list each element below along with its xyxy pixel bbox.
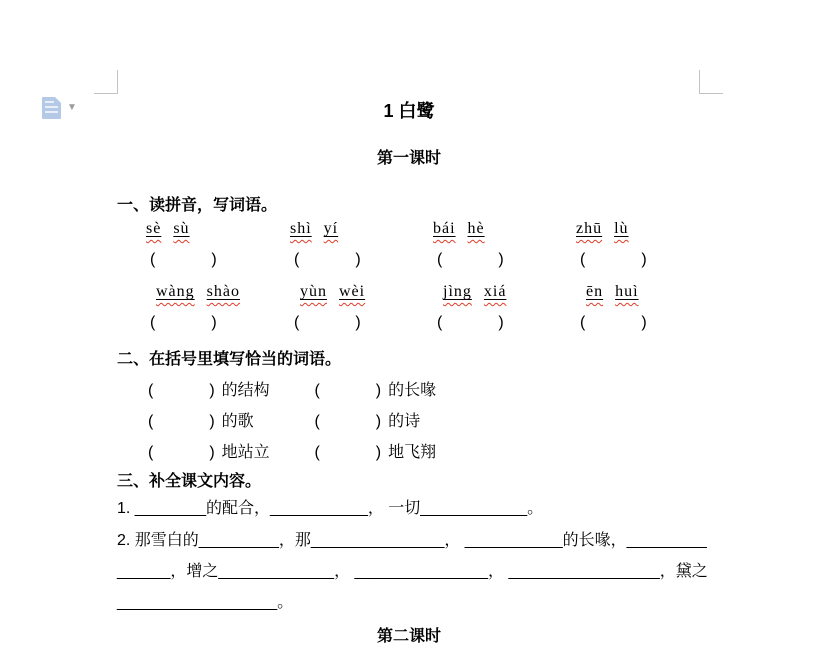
paren-close: ) <box>641 314 646 331</box>
passage-line: ______，增之_____________， _______________，… <box>117 561 717 582</box>
session-2-heading: 第二课时 <box>118 623 700 646</box>
pinyin-syllable-text: huì <box>615 283 638 300</box>
passage-line: 1. ________的配合，___________， 一切__________… <box>117 498 717 519</box>
pinyin-syllable-text: wèi <box>339 283 365 300</box>
paren-open: ( <box>314 382 319 399</box>
paren-close: ) <box>498 251 503 268</box>
pinyin-syllable: zhū <box>576 220 602 238</box>
pinyin-syllable-text: hè <box>468 220 485 237</box>
pinyin-syllable: lù <box>614 220 628 238</box>
pinyin-word: ēnhuì <box>576 283 651 301</box>
pinyin-word: yùnwèi <box>290 283 377 301</box>
pinyin-word: sèsù <box>146 220 202 238</box>
paste-options-icon <box>42 97 61 119</box>
fill-word-label: 的歌 <box>222 413 254 430</box>
pinyin-syllable-text: sù <box>173 220 189 237</box>
paren-open: ( <box>294 251 299 268</box>
section-1-heading: 一、读拼音，写词语。 <box>117 192 822 215</box>
answer-blank-parens: () <box>146 251 217 268</box>
pinyin-syllable: yùn <box>300 283 327 301</box>
fill-word-label: 地飞翔 <box>388 444 436 461</box>
section-2-heading: 二、在括号里填写恰当的词语。 <box>117 346 822 369</box>
pinyin-syllable-text: yùn <box>300 283 327 300</box>
paren-open: ( <box>580 251 585 268</box>
fill-word-item: ()的长喙 <box>314 377 476 400</box>
pinyin-syllable: sè <box>146 220 161 238</box>
fill-word-row: ()的结构 ()的长喙 <box>148 377 822 400</box>
fill-word-item: ()的诗 <box>314 408 476 431</box>
paren-close: ) <box>641 251 646 268</box>
document-title: 1 白鹭 <box>118 97 700 123</box>
paren-open: ( <box>294 314 299 331</box>
pinyin-syllable-text: sè <box>146 220 161 237</box>
pinyin-syllable-text: bái <box>433 220 456 237</box>
answer-blank-parens: () <box>290 314 361 331</box>
fill-word-item: ()的歌 <box>148 408 310 431</box>
pinyin-word: zhūlù <box>576 220 641 238</box>
paste-options-button[interactable]: ▼ <box>42 97 77 119</box>
pinyin-word: wàngshào <box>146 283 252 301</box>
pinyin-syllable: shì <box>290 220 312 238</box>
section-3-heading: 三、补全课文内容。 <box>117 468 822 491</box>
fill-word-label: 地站立 <box>222 444 270 461</box>
pinyin-syllable: ēn <box>586 283 603 301</box>
fill-word-item: ()地飞翔 <box>314 439 476 462</box>
pinyin-word: báihè <box>433 220 497 238</box>
doc-line-decoration <box>45 111 58 113</box>
paren-close: ) <box>376 382 381 399</box>
pinyin-syllable: huì <box>615 283 638 301</box>
paren-open: ( <box>148 382 153 399</box>
paren-close: ) <box>376 444 381 461</box>
pinyin-word: shìyí <box>290 220 350 238</box>
pinyin-syllable: wèi <box>339 283 365 301</box>
answer-blank-parens: () <box>148 382 215 399</box>
paren-close: ) <box>376 413 381 430</box>
pinyin-syllable: wàng <box>156 283 195 301</box>
fill-word-item: ()地站立 <box>148 439 310 462</box>
pinyin-syllable: jìng <box>443 283 472 301</box>
pinyin-syllable-text: ēn <box>586 283 603 300</box>
fill-word-item: ()的结构 <box>148 377 310 400</box>
paren-open: ( <box>580 314 585 331</box>
answer-blank-parens: () <box>433 314 504 331</box>
paren-close: ) <box>211 314 216 331</box>
pinyin-syllable: hè <box>468 220 485 238</box>
fill-word-row: ()地站立 ()地飞翔 <box>148 439 822 462</box>
pinyin-syllable: bái <box>433 220 456 238</box>
paren-close: ) <box>209 382 214 399</box>
document-page[interactable]: ▼ 1 白鹭 第一课时 一、读拼音，写词语。 sèsù shìyí báihè … <box>0 0 822 658</box>
doc-line-decoration <box>45 106 58 108</box>
answer-blank-parens: () <box>314 382 381 399</box>
fill-word-label: 的结构 <box>222 382 270 399</box>
pinyin-syllable-text: shào <box>207 283 240 300</box>
answer-blank-parens: () <box>148 444 215 461</box>
paren-open: ( <box>150 251 155 268</box>
answer-blank-parens: () <box>314 444 381 461</box>
paren-open: ( <box>150 314 155 331</box>
answer-blank-parens: () <box>314 413 381 430</box>
answer-blank-parens: () <box>576 314 647 331</box>
pinyin-syllable-text: jìng <box>443 283 472 300</box>
text-boundary-mark-top-left <box>94 70 118 94</box>
pinyin-word: jìngxiá <box>433 283 518 301</box>
text-boundary-mark-top-right <box>699 70 723 94</box>
answer-blank-parens: () <box>148 413 215 430</box>
pinyin-syllable-text: shì <box>290 220 312 237</box>
fill-word-row: ()的歌 ()的诗 <box>148 408 822 431</box>
pinyin-syllable-text: zhū <box>576 220 602 237</box>
paren-close: ) <box>355 314 360 331</box>
fill-word-label: 的诗 <box>388 413 420 430</box>
pinyin-syllable: yí <box>324 220 338 238</box>
pinyin-syllable: sù <box>173 220 189 238</box>
doc-line-decoration <box>45 101 54 103</box>
pinyin-syllable-text: lù <box>614 220 628 237</box>
paren-open: ( <box>437 251 442 268</box>
pinyin-syllable-text: yí <box>324 220 338 237</box>
pinyin-syllable-text: xiá <box>484 283 507 300</box>
answer-blank-parens: () <box>290 251 361 268</box>
paren-open: ( <box>437 314 442 331</box>
answer-blank-parens: () <box>146 314 217 331</box>
answer-blank-parens: () <box>433 251 504 268</box>
paren-close: ) <box>209 413 214 430</box>
pinyin-syllable: shào <box>207 283 240 301</box>
passage-line: 2. 那雪白的_________，那_______________， _____… <box>117 530 717 551</box>
fill-word-label: 的长喙 <box>388 382 436 399</box>
answer-blank-parens: () <box>576 251 647 268</box>
page-fold-corner <box>55 97 61 103</box>
paren-close: ) <box>209 444 214 461</box>
paren-open: ( <box>314 444 319 461</box>
dropdown-arrow-icon[interactable]: ▼ <box>67 103 77 113</box>
pinyin-syllable: xiá <box>484 283 507 301</box>
paren-open: ( <box>314 413 319 430</box>
pinyin-syllable-text: wàng <box>156 283 195 300</box>
paren-open: ( <box>148 444 153 461</box>
paren-close: ) <box>355 251 360 268</box>
paren-close: ) <box>211 251 216 268</box>
session-1-heading: 第一课时 <box>118 145 700 168</box>
paren-open: ( <box>148 413 153 430</box>
paren-close: ) <box>498 314 503 331</box>
passage-line: __________________。 <box>117 592 717 613</box>
